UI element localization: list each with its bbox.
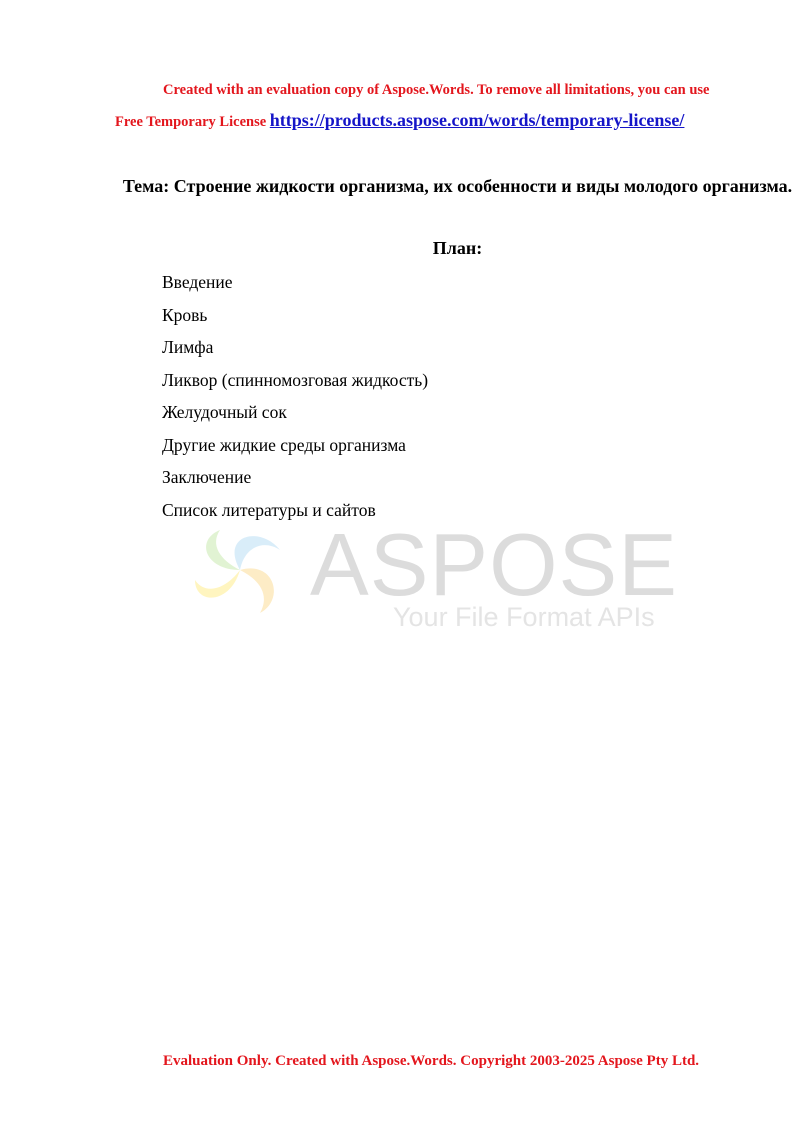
watermark-brand: ASPOSE	[310, 514, 678, 616]
evaluation-footer: Evaluation Only. Created with Aspose.Wor…	[163, 1053, 699, 1070]
plan-item: Кровь	[162, 301, 428, 334]
evaluation-notice: Created with an evaluation copy of Aspos…	[115, 76, 720, 137]
temporary-license-link[interactable]: https://products.aspose.com/words/tempor…	[270, 110, 685, 130]
aspose-swirl-logo-icon	[190, 525, 290, 615]
plan-heading: План:	[115, 238, 800, 259]
plan-item: Заключение	[162, 463, 428, 496]
plan-item: Введение	[162, 268, 428, 301]
document-title: Тема: Строение жидкости организма, их ос…	[115, 171, 800, 201]
plan-item: Другие жидкие среды организма	[162, 431, 428, 464]
watermark-tagline: Your File Format APIs	[393, 602, 655, 633]
plan-item: Ликвор (спинномозговая жидкость)	[162, 366, 428, 399]
plan-item: Желудочный сок	[162, 398, 428, 431]
plan-list: Введение Кровь Лимфа Ликвор (спинномозго…	[162, 268, 428, 528]
aspose-watermark: ASPOSE Your File Format APIs	[190, 520, 680, 640]
plan-item: Лимфа	[162, 333, 428, 366]
